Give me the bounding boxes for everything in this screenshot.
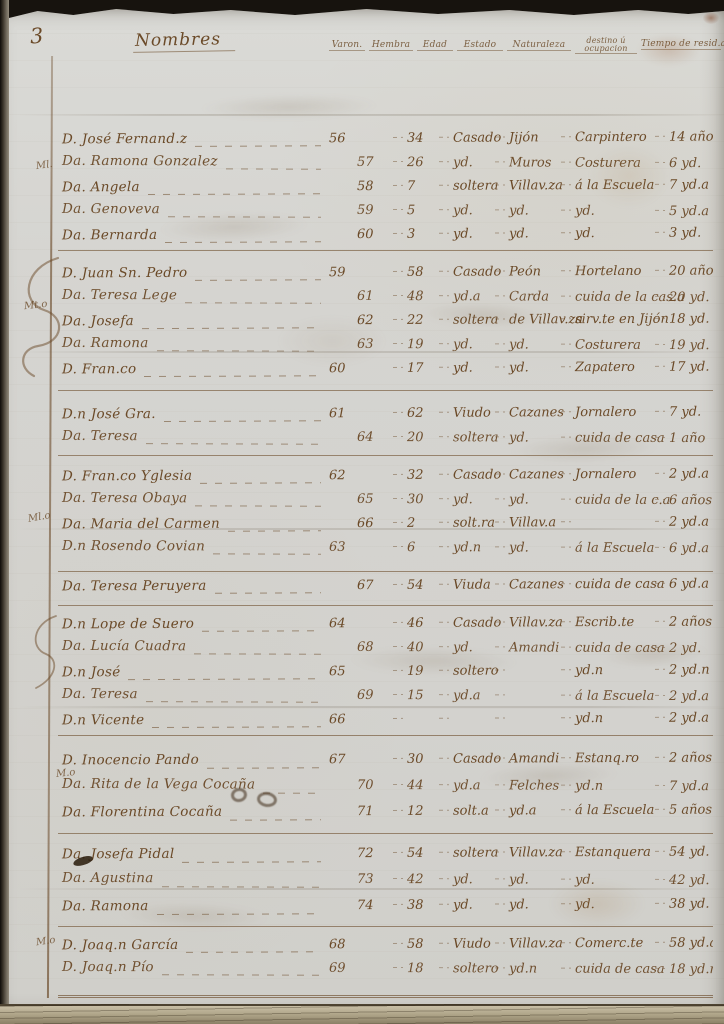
dotted-leader <box>157 350 321 352</box>
naturaleza-value: Jijón <box>495 130 561 145</box>
hembra-number: 74 <box>357 898 393 913</box>
tiempo-value: 6 yd.a <box>655 577 713 592</box>
register-row: Da. Teresa Peruyera 67 54 Viuda Cazanes … <box>62 576 713 603</box>
edad-value: 48 <box>393 289 439 304</box>
dotted-leader <box>194 653 321 654</box>
naturaleza-value <box>495 688 561 703</box>
edad-value: 20 <box>393 430 439 445</box>
estado-value: yd. <box>439 872 495 887</box>
naturaleza-value: yd. <box>495 540 561 555</box>
family-block: Da. Josefa Pidal 72 54 soltera Villav.za… <box>58 833 713 926</box>
hembra-number: 70 <box>357 778 393 793</box>
destino-value: cuida de casa <box>561 641 655 656</box>
register-row: D. José Fernand.z 56 34 Casado Jijón Car… <box>62 129 713 156</box>
destino-value <box>561 515 655 530</box>
register-row: Da. Ramona 63 19 yd. yd. Costurera 19 yd… <box>62 335 713 361</box>
dotted-leader <box>146 701 321 703</box>
dotted-leader <box>162 886 321 888</box>
person-name: D.n Lope de Suero <box>62 616 202 633</box>
naturaleza-value: Villav.za <box>495 936 561 951</box>
edad-value: 46 <box>393 616 439 631</box>
register-row: Da. Teresa 64 20 soltera yd. cuida de ca… <box>62 428 713 454</box>
naturaleza-value: Peón <box>495 264 561 279</box>
destino-value: Zapatero <box>561 360 655 375</box>
person-name: Da. Genoveva <box>62 201 168 217</box>
varon-number: 56 <box>329 131 357 146</box>
person-name: Da. Teresa Peruyera <box>62 578 215 595</box>
estado-value: Viuda <box>439 578 495 593</box>
edad-value: 42 <box>393 872 439 887</box>
tiempo-value: 7 yd. <box>655 405 713 420</box>
dotted-leader <box>226 168 321 169</box>
naturaleza-value: yd.n <box>495 961 561 976</box>
dotted-leader <box>213 553 321 554</box>
hembra-number: 67 <box>357 578 393 593</box>
tiempo-value: 3 yd. <box>655 226 713 241</box>
family-block: D.n Lope de Suero 64 46 Casado Villav.za… <box>58 605 713 735</box>
destino-value: yd. <box>561 897 655 912</box>
estado-value: Casado <box>439 265 495 280</box>
naturaleza-value: yd. <box>495 360 561 375</box>
register-row: Da. Angela 58 7 soltera Villav.za á la E… <box>62 177 713 204</box>
naturaleza-value: yd. <box>495 897 561 912</box>
dotted-leader <box>165 241 321 243</box>
tiempo-value: 20 años <box>655 264 713 279</box>
destino-value: Costurera <box>561 338 655 353</box>
person-name: D. Fran.co <box>62 361 145 377</box>
column-header: Hembra <box>369 40 413 51</box>
scanned-register-page: 3 Nombres Varon.HembraEdadEstadoNaturale… <box>0 0 724 1024</box>
person-name: Da. Ramona <box>62 898 157 914</box>
column-header: Varon. <box>329 40 365 51</box>
estado-value: soltero <box>439 961 495 976</box>
destino-value: Estanq.ro <box>561 751 655 766</box>
destino-value: Jornalero <box>561 467 655 482</box>
estado-value: yd. <box>439 227 495 242</box>
tiempo-value: 14 años <box>655 130 713 145</box>
person-name: Da. Ramona Gonzalez <box>62 153 226 170</box>
edad-value: 7 <box>393 179 439 194</box>
naturaleza-value: Villav.za <box>495 845 561 860</box>
dotted-leader <box>195 279 321 281</box>
dotted-leader <box>200 482 321 484</box>
hembra-number: 64 <box>357 430 393 445</box>
register-row: Da. Teresa 69 15 yd.a á la Escuela 2 yd.… <box>62 686 713 712</box>
register-row: D. Fran.co Yglesia 62 32 Casado Cazanes … <box>62 466 713 493</box>
varon-number: 62 <box>329 468 357 483</box>
binding-gutter <box>0 0 9 1024</box>
person-name: D.n José Gra. <box>62 406 164 422</box>
person-name: Da. Lucía Cuadra <box>62 638 194 654</box>
estado-value: soltero <box>439 664 495 679</box>
margin-note: Ml. <box>35 159 53 172</box>
naturaleza-value: yd. <box>495 203 561 218</box>
destino-value: yd. <box>561 873 655 888</box>
edad-value: 38 <box>393 898 439 913</box>
naturaleza-value: de Villav.za <box>495 312 561 327</box>
destino-value: yd. <box>561 226 655 241</box>
dotted-leader <box>202 630 321 632</box>
family-block: D. Fran.co Yglesia 62 32 Casado Cazanes … <box>58 455 713 571</box>
person-name: D.n Rosendo Covian <box>62 538 213 555</box>
estado-value: yd.a <box>439 289 495 304</box>
tiempo-value: 2 yd. <box>655 641 713 656</box>
naturaleza-value: yd. <box>495 872 561 887</box>
register-row: D. Joaq.n Pío 69 18 soltero yd.n cuida d… <box>62 959 713 985</box>
register-row: Da. Maria del Carmen 66 2 solt.ra Villav… <box>62 514 713 541</box>
register-row: Da. Bernarda 60 3 yd. yd. yd. 3 yd. <box>62 225 713 250</box>
dotted-leader <box>128 678 321 680</box>
tiempo-value: 2 yd.a <box>655 467 713 482</box>
naturaleza-value: Villav.a <box>495 515 561 530</box>
person-name: Da. Bernarda <box>62 227 165 243</box>
family-block: Da. Teresa Peruyera 67 54 Viuda Cazanes … <box>58 571 713 605</box>
naturaleza-value: Villav.za <box>495 178 561 193</box>
estado-value <box>439 712 495 727</box>
family-block: D. José Fernand.z 56 34 Casado Jijón Car… <box>58 80 713 250</box>
paper-sheet: 3 Nombres Varon.HembraEdadEstadoNaturale… <box>9 6 724 1004</box>
edad-value: 2 <box>393 516 439 531</box>
tiempo-value: 17 yd. <box>655 360 713 375</box>
dotted-leader <box>168 216 321 218</box>
naturaleza-value <box>495 711 561 726</box>
varon-number: 63 <box>329 540 357 555</box>
tiempo-value: 2 yd.a <box>655 689 713 704</box>
naturaleza-value: Cazanes <box>495 577 561 592</box>
dotted-leader <box>164 420 321 422</box>
person-name: Da. Ramona <box>62 335 157 351</box>
hembra-number: 63 <box>357 337 393 352</box>
edad-value: 30 <box>393 752 439 767</box>
naturaleza-value: Villav.za <box>495 615 561 630</box>
edad-value: 58 <box>393 937 439 952</box>
hembra-number: 61 <box>357 289 393 304</box>
destino-value: Estanquera <box>561 845 655 860</box>
naturaleza-value: yd. <box>495 430 561 445</box>
tiempo-value: 18 yd.n <box>655 962 713 977</box>
edad-value: 22 <box>393 313 439 328</box>
naturaleza-value: yd. <box>495 492 561 507</box>
register-row: Da. Ramona Gonzalez 57 26 yd. Muros Cost… <box>62 153 713 179</box>
edad-value: 3 <box>393 227 439 242</box>
tiempo-value: 1 año <box>655 431 713 446</box>
edad-value: 18 <box>393 961 439 976</box>
person-name: Da. Teresa <box>62 428 146 444</box>
person-name: D. Joaq.n Pío <box>62 959 162 975</box>
destino-value: Carpintero <box>561 130 655 145</box>
tiempo-value: 19 yd. <box>655 338 713 353</box>
register-row: D.n Rosendo Covian 63 6 yd.n yd. á la Es… <box>62 538 713 564</box>
estado-value: yd.n <box>439 540 495 555</box>
dotted-leader <box>142 327 321 329</box>
estado-value: Casado <box>439 131 495 146</box>
estado-value: Viudo <box>439 937 495 952</box>
hembra-number: 68 <box>357 640 393 655</box>
estado-value: solt.a <box>439 804 495 819</box>
page-edge-bottom <box>0 1004 724 1024</box>
tiempo-value: 2 años <box>655 615 713 630</box>
register-row: Da. Teresa Obaya 65 30 yd. yd. cuida de … <box>62 490 713 516</box>
register-row: D.n José Gra. 61 62 Viudo Cazanes Jornal… <box>62 404 713 431</box>
varon-number: 59 <box>329 265 357 280</box>
estado-value: solt.ra <box>439 516 495 531</box>
edad-value: 26 <box>393 155 439 170</box>
register-row: D.n Vicente 66 yd.n 2 yd.a <box>62 710 713 735</box>
tiempo-value: 20 yd. <box>655 290 713 305</box>
destino-value: Comerc.te <box>561 936 655 951</box>
tiempo-value: 54 yd. <box>655 845 713 860</box>
tiempo-value: 2 yd.n <box>655 663 713 678</box>
person-name: D. José Fernand.z <box>62 131 195 148</box>
destino-value: yd.n <box>561 779 655 794</box>
dotted-leader <box>162 974 321 976</box>
person-name: D. Inocencio Pando <box>62 752 207 769</box>
estado-value: yd. <box>439 361 495 376</box>
destino-value: Hortelano <box>561 264 655 279</box>
edad-value: 15 <box>393 688 439 703</box>
hembra-number: 72 <box>357 846 393 861</box>
estado-value: yd. <box>439 337 495 352</box>
person-name: D. Joaq.n García <box>62 937 187 954</box>
destino-value: cuida de casa <box>561 962 655 977</box>
edad-value: 17 <box>393 361 439 376</box>
tiempo-value: 18 yd. <box>655 312 713 327</box>
page-number: 3 <box>29 24 44 49</box>
family-block: D. Joaq.n García 68 58 Viudo Villav.za C… <box>58 926 713 998</box>
varon-number: 60 <box>329 361 357 376</box>
person-name: Da. Teresa <box>62 686 146 702</box>
edad-value: 12 <box>393 804 439 819</box>
register-row: D.n José 65 19 soltero yd.n 2 yd.n <box>62 662 713 689</box>
estado-value: Casado <box>439 616 495 631</box>
estado-value: soltera <box>439 313 495 328</box>
tiempo-value: 7 yd.a <box>655 178 713 193</box>
destino-value: cuida de la c.a <box>561 493 655 508</box>
dotted-leader <box>186 951 321 953</box>
naturaleza-value: yd. <box>495 337 561 352</box>
hembra-number: 57 <box>357 155 393 170</box>
naturaleza-value: Cazanes <box>495 405 561 420</box>
column-header: Naturaleza <box>507 40 571 51</box>
register-row: Da. Josefa Pidal 72 54 soltera Villav.za… <box>62 844 713 873</box>
estado-value: yd.a <box>439 688 495 703</box>
column-header: Tiempo de resid.a <box>641 39 721 50</box>
destino-value: cuida de casa <box>561 577 655 592</box>
hembra-number: 73 <box>357 872 393 887</box>
edad-value: 58 <box>393 265 439 280</box>
dotted-leader <box>146 443 321 445</box>
destino-value: Escrib.te <box>561 615 655 630</box>
varon-number: 67 <box>329 752 357 767</box>
hembra-number: 71 <box>357 804 393 819</box>
dotted-leader <box>230 819 321 820</box>
estado-value: yd. <box>439 492 495 507</box>
hembra-number: 62 <box>357 313 393 328</box>
destino-value: yd.n <box>561 663 655 678</box>
register-row: D. Joaq.n García 68 58 Viudo Villav.za C… <box>62 935 713 962</box>
estado-value: soltera <box>439 179 495 194</box>
destino-value: á la Escuela <box>561 803 655 818</box>
register-row: D.n Lope de Suero 64 46 Casado Villav.za… <box>62 614 713 641</box>
varon-number: 65 <box>329 664 357 679</box>
edad-value: 54 <box>393 846 439 861</box>
edad-value: 44 <box>393 778 439 793</box>
destino-value: yd.n <box>561 711 655 726</box>
edad-value: 6 <box>393 540 439 555</box>
person-name: D.n Vicente <box>62 712 152 728</box>
register-row: Da. Florentina Cocaña 71 12 solt.a yd.a … <box>62 802 713 831</box>
person-name: Da. Agustina <box>62 870 162 886</box>
tiempo-value: 5 años <box>655 803 713 818</box>
estado-value: soltera <box>439 846 495 861</box>
destino-value: cuida de casa <box>561 431 655 446</box>
estado-value: Viudo <box>439 406 495 421</box>
margin-note: M.o <box>55 767 75 780</box>
estado-value: yd. <box>439 898 495 913</box>
dotted-leader <box>157 913 321 915</box>
tiempo-value: 2 yd.a <box>655 711 713 726</box>
register-row: Da. Josefa 62 22 soltera de Villav.za si… <box>62 311 713 338</box>
naturaleza-value <box>495 663 561 678</box>
person-name: Da. Florentina Cocaña <box>62 804 230 821</box>
varon-number: 61 <box>329 406 357 421</box>
tiempo-value: 2 yd.a <box>655 515 713 530</box>
person-name: Da. Teresa Lege <box>62 287 185 303</box>
estado-value: yd. <box>439 203 495 218</box>
person-name: D. Juan Sn. Pedro <box>62 265 195 282</box>
names-column-title: Nombres <box>133 29 235 53</box>
naturaleza-value: yd. <box>495 226 561 241</box>
estado-value: yd. <box>439 155 495 170</box>
tiempo-value: 42 yd. <box>655 873 713 888</box>
edad-value: 62 <box>393 406 439 421</box>
estado-value: yd.a <box>439 778 495 793</box>
dotted-leader <box>148 193 321 195</box>
column-header: Edad <box>417 40 453 51</box>
naturaleza-value: yd.a <box>495 803 561 818</box>
varon-number: 68 <box>329 937 357 952</box>
destino-value: á la Escuela <box>561 178 655 193</box>
edad-value: 19 <box>393 337 439 352</box>
hembra-number: 59 <box>357 203 393 218</box>
register-row: D. Inocencio Pando 67 30 Casado Amandi E… <box>62 750 713 779</box>
edad-value: 30 <box>393 492 439 507</box>
destino-value: á la Escuela <box>561 541 655 556</box>
destino-value: cuida de la cas.a <box>561 290 655 305</box>
varon-number: 69 <box>329 961 357 976</box>
hembra-number: 60 <box>357 227 393 242</box>
estado-value: soltera <box>439 430 495 445</box>
tiempo-value: 7 yd.a <box>655 779 713 794</box>
tiempo-value: 58 yd.a <box>655 936 713 951</box>
naturaleza-value: Muros <box>495 155 561 170</box>
dotted-leader <box>215 592 321 593</box>
dotted-leader <box>152 726 321 728</box>
register-row: Da. Ramona 74 38 yd. yd. yd. 38 yd. <box>62 896 713 925</box>
register-row: Da. Rita de la Vega Cocaña 70 44 yd.a Fe… <box>62 776 713 804</box>
estado-value: yd. <box>439 640 495 655</box>
dotted-leader <box>144 375 321 377</box>
edad-value: 40 <box>393 640 439 655</box>
naturaleza-value: Felches <box>495 778 561 793</box>
dotted-leader <box>207 767 321 768</box>
naturaleza-value: Amandi <box>495 640 561 655</box>
tiempo-value: 6 yd.a <box>655 541 713 556</box>
edad-value: 34 <box>393 131 439 146</box>
tiempo-value: 2 años <box>655 751 713 766</box>
column-header: destino ú ocupacion <box>575 37 637 54</box>
estado-value: Casado <box>439 752 495 767</box>
dotted-leader <box>228 530 321 531</box>
person-name: Da. Angela <box>62 179 148 195</box>
tiempo-value: 38 yd. <box>655 897 713 912</box>
destino-value: sirv.te en Jijón <box>561 312 655 327</box>
edad-value: 5 <box>393 203 439 218</box>
dotted-leader <box>195 505 321 506</box>
edad-value: 19 <box>393 664 439 679</box>
hembra-number: 66 <box>357 516 393 531</box>
person-name: Da. Maria del Carmen <box>62 516 228 533</box>
column-header: Estado <box>457 40 503 51</box>
register-row: Da. Genoveva 59 5 yd. yd. yd. 5 yd.a <box>62 201 713 227</box>
register-blocks: D. José Fernand.z 56 34 Casado Jijón Car… <box>9 80 724 998</box>
varon-number: 64 <box>329 616 357 631</box>
register-row: D. Fran.co 60 17 yd. yd. Zapatero 17 yd. <box>62 359 713 386</box>
destino-value: Costurera <box>561 156 655 171</box>
edad-value: 32 <box>393 468 439 483</box>
tiempo-value: 5 yd.a <box>655 204 713 219</box>
register-row: Da. Teresa Lege 61 48 yd.a Carda cuida d… <box>62 287 713 313</box>
register-row: D. Juan Sn. Pedro 59 58 Casado Peón Hort… <box>62 263 713 290</box>
person-name: D.n José <box>62 664 129 680</box>
person-name: Da. Teresa Obaya <box>62 490 195 506</box>
tiempo-value: 6 yd. <box>655 156 713 171</box>
varon-number: 66 <box>329 712 357 727</box>
dotted-leader <box>185 302 321 303</box>
naturaleza-value: Amandi <box>495 751 561 766</box>
register-row: Da. Lucía Cuadra 68 40 yd. Amandi cuida … <box>62 638 713 664</box>
naturaleza-value: Carda <box>495 289 561 304</box>
edad-value: 54 <box>393 578 439 593</box>
register-row: Da. Agustina 73 42 yd. yd. yd. 42 yd. <box>62 870 713 898</box>
family-block: D. Inocencio Pando 67 30 Casado Amandi E… <box>58 735 713 833</box>
table-header: 3 Nombres Varon.HembraEdadEstadoNaturale… <box>9 6 724 80</box>
hembra-number: 69 <box>357 688 393 703</box>
hembra-number: 65 <box>357 492 393 507</box>
family-block: D.n José Gra. 61 62 Viudo Cazanes Jornal… <box>58 390 713 455</box>
dotted-leader <box>195 145 321 147</box>
family-block: D. Juan Sn. Pedro 59 58 Casado Peón Hort… <box>58 250 713 390</box>
dotted-leader <box>182 861 321 863</box>
edad-value <box>393 712 439 727</box>
person-name: Da. Josefa <box>62 313 142 329</box>
naturaleza-value: Cazanes <box>495 467 561 482</box>
destino-value: Jornalero <box>561 405 655 420</box>
destino-value: yd. <box>561 204 655 219</box>
tiempo-value: 6 años <box>655 493 713 508</box>
estado-value: Casado <box>439 468 495 483</box>
person-name: D. Fran.co Yglesia <box>62 468 200 485</box>
hembra-number: 58 <box>357 179 393 194</box>
destino-value: á la Escuela <box>561 689 655 704</box>
